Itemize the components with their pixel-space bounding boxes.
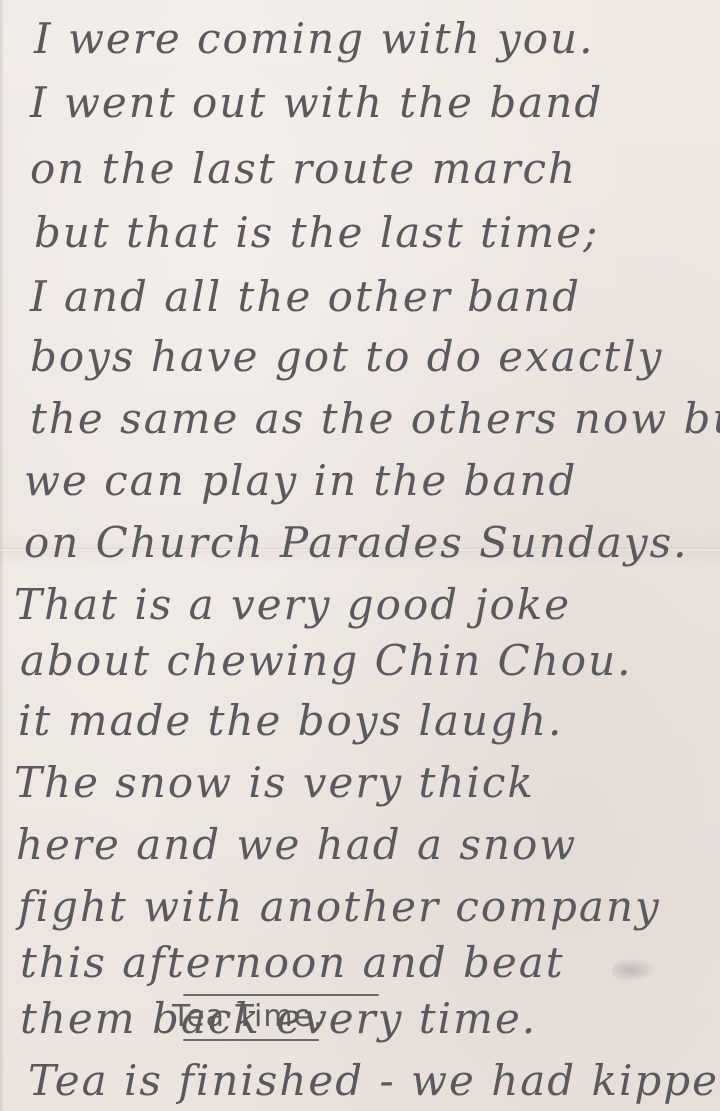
letter-line: it made the boys laugh. bbox=[18, 700, 563, 742]
paper-edge-shadow bbox=[0, 0, 4, 1111]
ink-smudge bbox=[612, 958, 658, 982]
letter-line: on the last route march bbox=[30, 148, 577, 190]
section-heading: Tea Time. bbox=[172, 1002, 324, 1032]
letter-page: I were coming with you. I went out with … bbox=[0, 0, 720, 1111]
letter-line: I were coming with you. bbox=[34, 18, 594, 60]
letter-line: this afternoon and beat bbox=[20, 942, 565, 984]
letter-line: That is a very good joke bbox=[14, 584, 571, 626]
letter-line: but that is the last time; bbox=[34, 212, 599, 254]
letter-line: I and all the other band bbox=[30, 276, 581, 318]
letter-line: the same as the others now but bbox=[30, 398, 720, 440]
letter-line: on Church Parades Sundays. bbox=[24, 522, 689, 564]
heading-underline-bottom bbox=[183, 1039, 319, 1041]
letter-line: Tea is finished - we had kippers bbox=[28, 1060, 720, 1102]
letter-line: fight with another company bbox=[18, 886, 661, 928]
heading-underline-top bbox=[183, 994, 379, 996]
letter-line: I went out with the band bbox=[30, 82, 603, 124]
letter-line: boys have got to do exactly bbox=[30, 336, 663, 378]
letter-line: we can play in the band bbox=[24, 460, 577, 502]
letter-line: here and we had a snow bbox=[16, 824, 577, 866]
letter-line: The snow is very thick bbox=[14, 762, 535, 804]
letter-line: about chewing Chin Chou. bbox=[20, 640, 632, 682]
